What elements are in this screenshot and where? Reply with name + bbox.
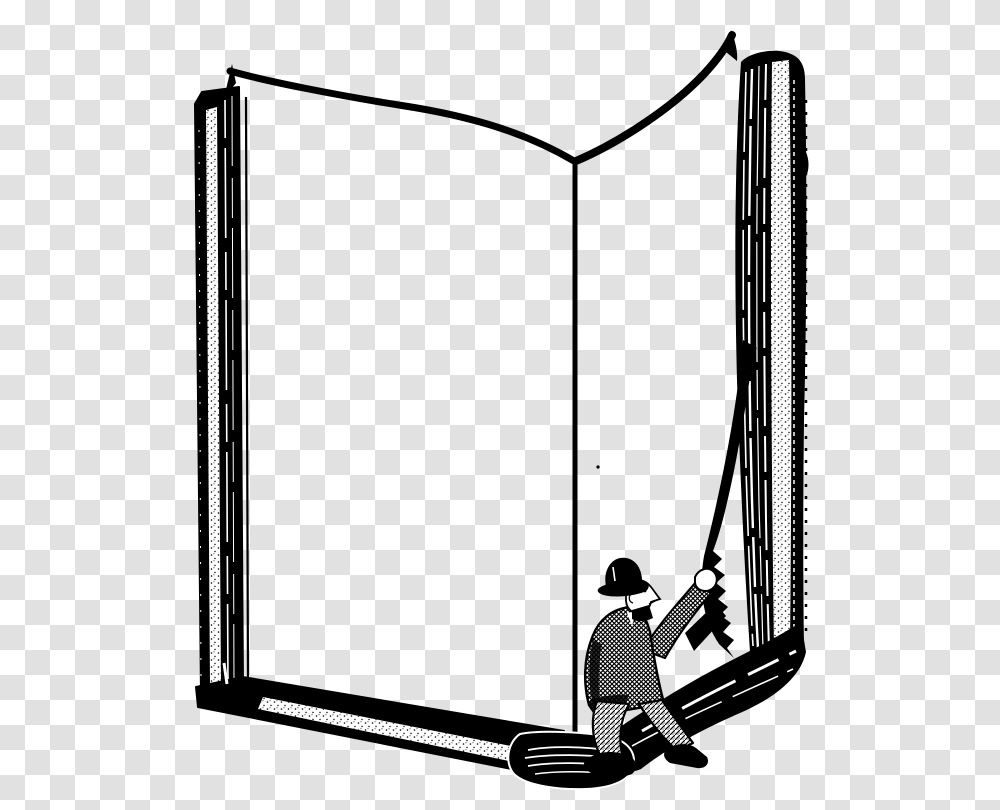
right-cover-edge-bump [804, 148, 809, 180]
transparency-backdrop [0, 0, 1000, 810]
right-cover-stipple-dots [771, 60, 791, 651]
book-illustration [0, 0, 1000, 810]
hat-crown [605, 558, 642, 586]
front-shoe [664, 744, 708, 768]
book [195, 30, 809, 776]
grip-hand [695, 569, 717, 591]
left-page-edge-line [246, 97, 248, 688]
page-speck [596, 465, 599, 468]
left-cover [195, 87, 248, 695]
right-page-top-edge [576, 35, 732, 161]
left-page-top-edge [230, 71, 574, 161]
